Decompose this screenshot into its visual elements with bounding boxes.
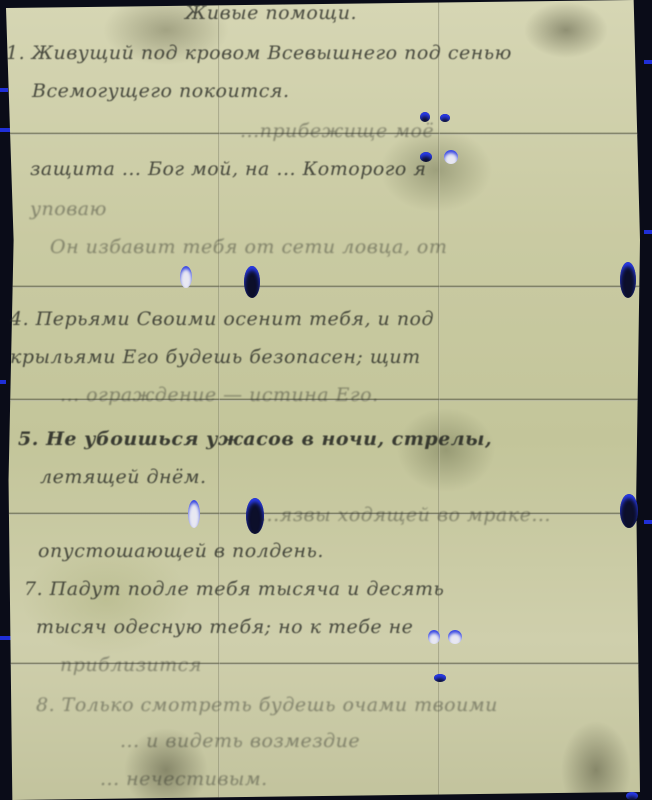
text-line: Он избавит тебя от сети ловца, от	[50, 236, 447, 258]
text-line: опустошающей в полдень.	[38, 540, 324, 562]
text-line: ...язвы ходящей во мраке...	[260, 504, 551, 526]
text-line-title: Живые помощи.	[185, 2, 357, 24]
text-line: ... ограждение — истина Его.	[60, 384, 379, 406]
text-line: 7. Падут подле тебя тысяча и десять	[24, 578, 444, 600]
text-line: тысяч одесную тебя; но к тебе не	[36, 616, 413, 638]
text-line: 5. Не убоишься ужасов в ночи, стрелы,	[18, 428, 492, 450]
text-line: 1. Живущий под кровом Всевышнего под сен…	[6, 42, 512, 64]
text-line: приблизится	[60, 654, 202, 676]
text-line: Всемогущего покоится.	[32, 80, 289, 102]
text-line: защита ... Бог мой, на ... Которого я	[30, 158, 426, 180]
text-line: 8. Только смотреть будешь очами твоими	[36, 694, 498, 716]
text-line: ...прибежище моё	[240, 120, 434, 142]
text-line: ... нечестивым.	[100, 768, 268, 790]
text-line: ... и видеть возмездие	[120, 730, 360, 752]
handwritten-text: Живые помощи. 1. Живущий под кровом Всев…	[0, 0, 652, 800]
scanned-document: Живые помощи. 1. Живущий под кровом Всев…	[0, 0, 652, 800]
text-line: летящей днём.	[40, 466, 207, 488]
text-line: крыльями Его будешь безопасен; щит	[10, 346, 421, 368]
text-line: 4. Перьями Своими осенит тебя, и под	[10, 308, 434, 330]
text-line: уповаю	[30, 198, 107, 220]
